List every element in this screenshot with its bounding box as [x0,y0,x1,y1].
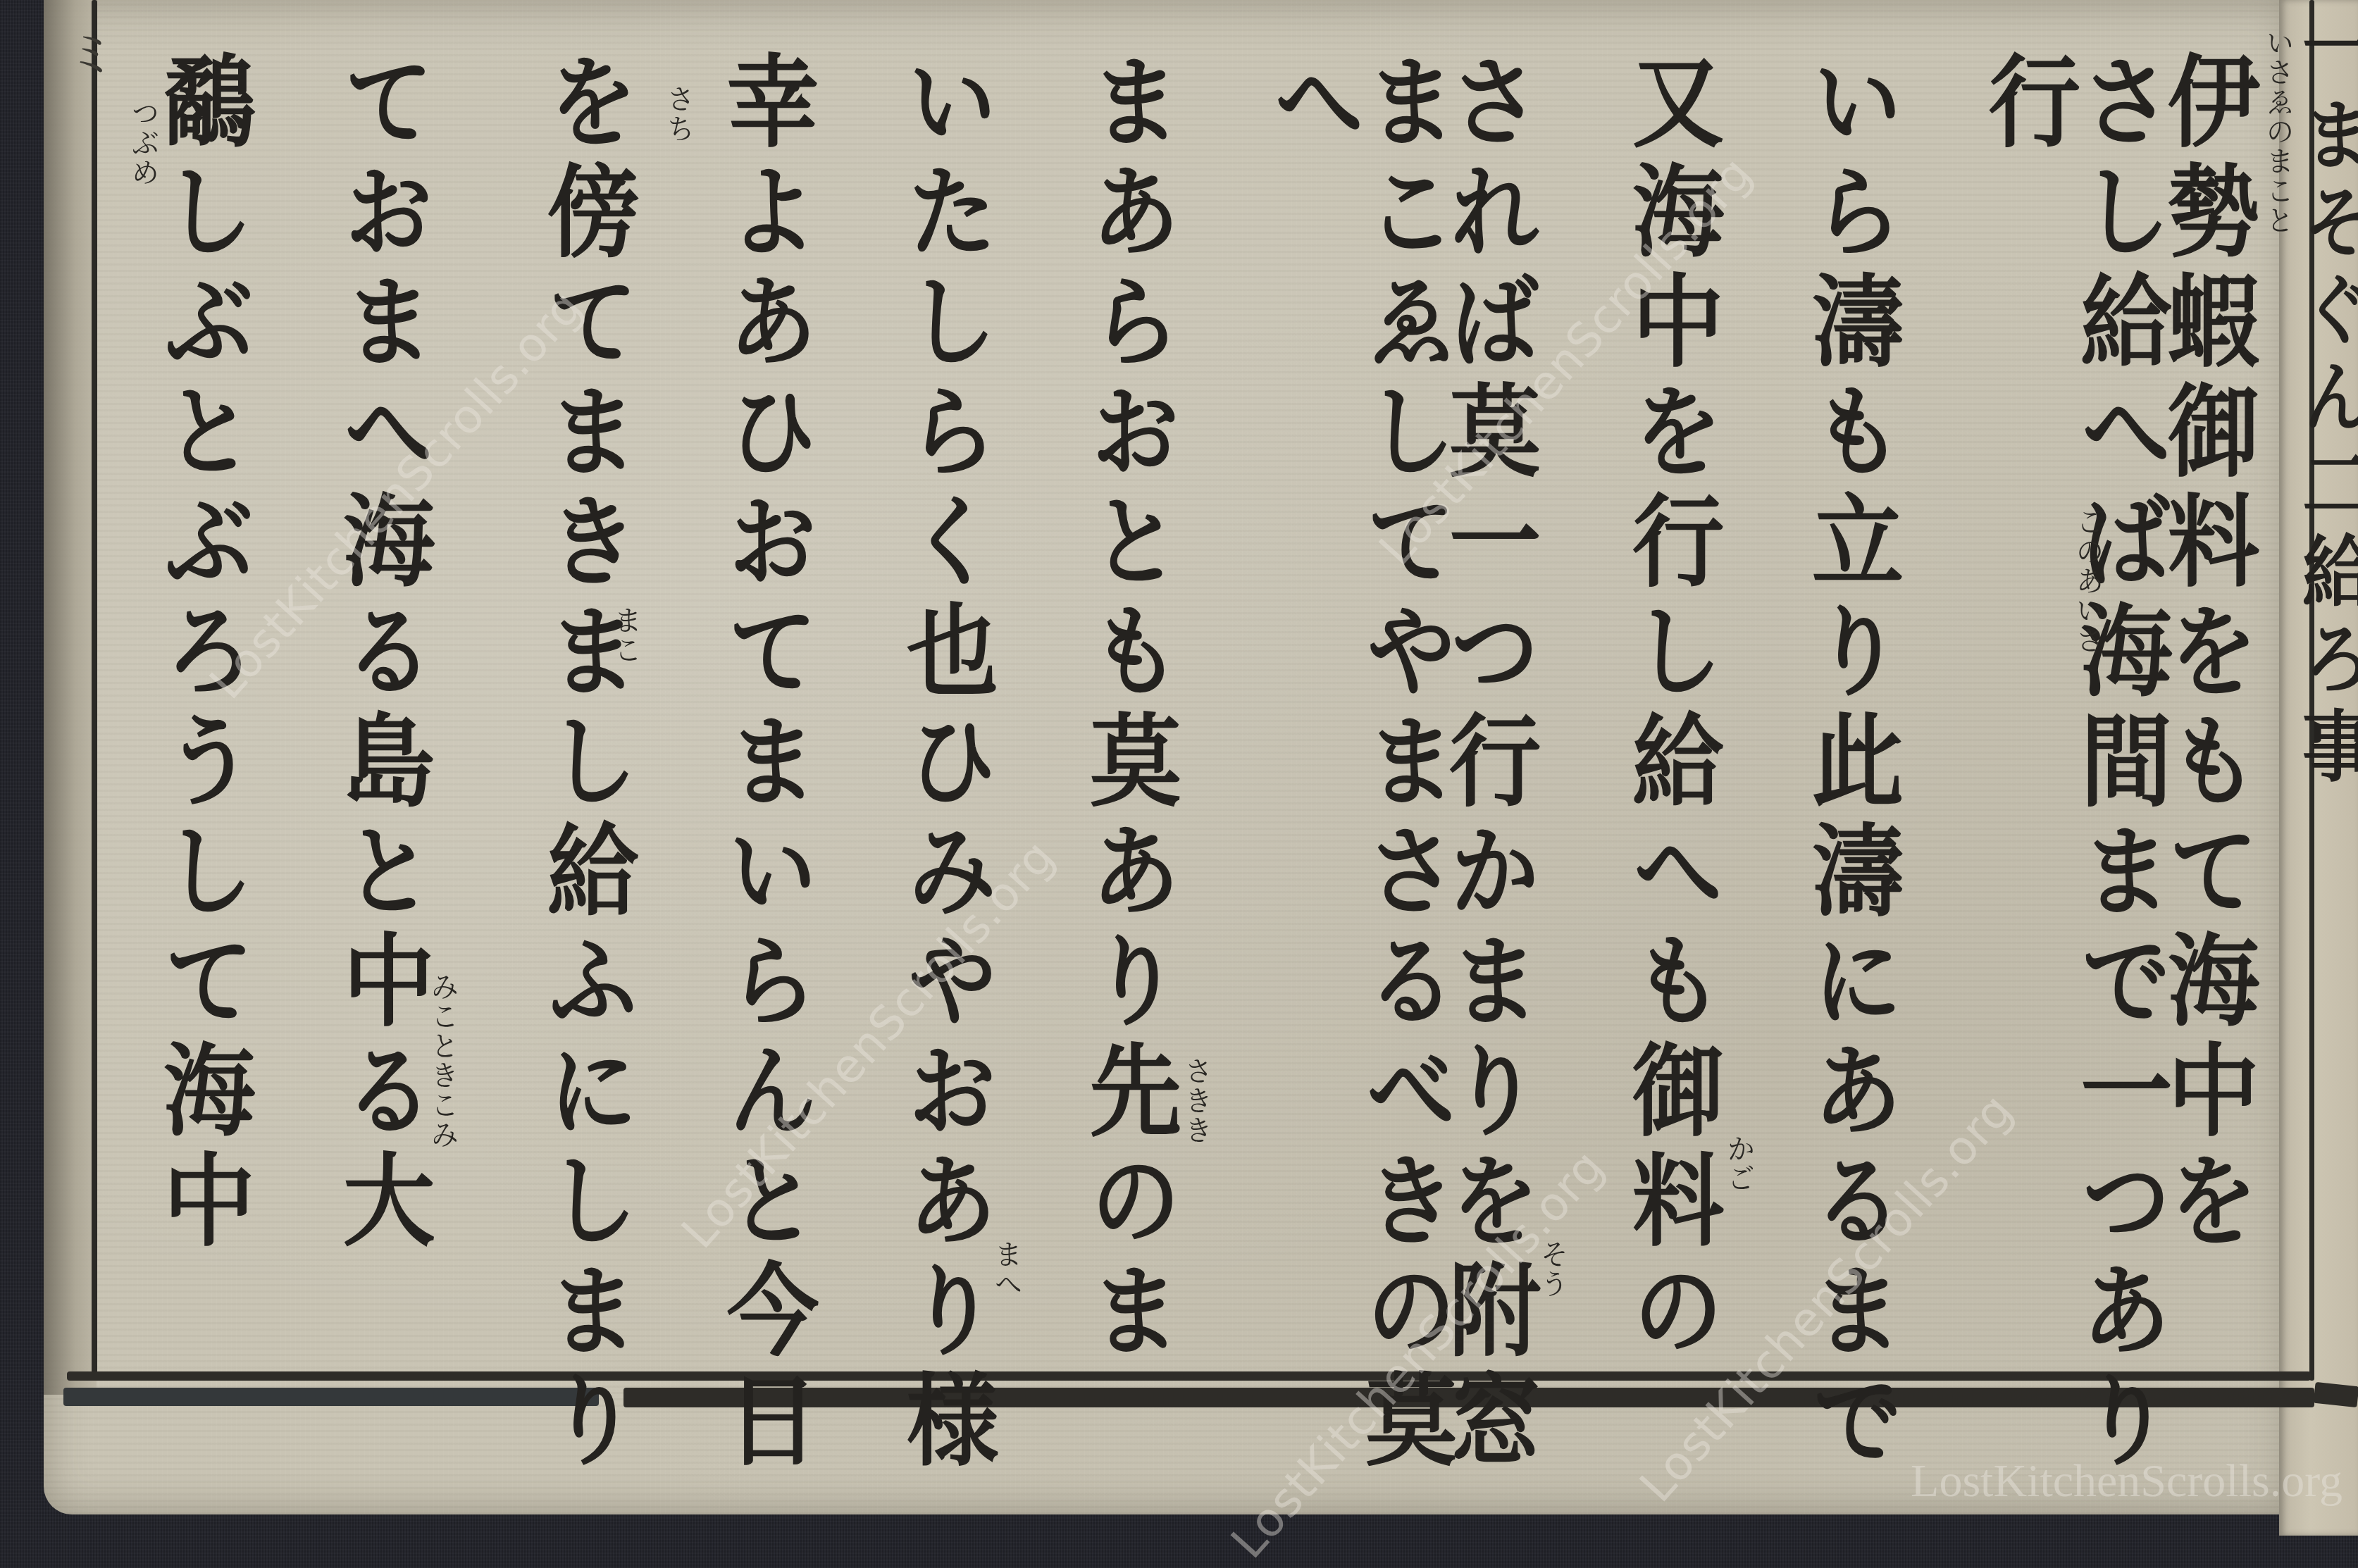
furigana-4: かご [1719,1134,1759,1193]
text-column-1: 伊勢蝦御料をもて海中を [2160,49,2252,1258]
text-column-9: 幸よあひおてまいらんと今日 [719,49,812,1478]
left-frame-border [92,0,97,1381]
side-page-mark: ミ [53,28,124,77]
facing-page-column: 一まそぐん二給ろ事 [2296,7,2358,793]
text-column-11: ておまへ海る島と中る大 [335,49,428,1258]
furigana-12: つぶめ [123,99,163,187]
furigana-11: みこときこみ [423,972,463,1150]
text-column-7: まあらおとも莫あり先のま [1082,49,1174,1368]
bottom-rule-thick-left [63,1388,599,1406]
text-column-2: さし給へば海間まで一つあり行 [1980,49,2164,1568]
text-column-8: いたしらく也ひみやおあり様 [899,49,991,1478]
furigana-2: このあいさ [2068,507,2108,655]
facing-page-rule [2314,1382,2358,1407]
furigana-10: まこ [606,606,646,665]
book-spine-edge [44,0,97,1395]
text-column-10: を傍てまきまし給ふにしまり [540,49,632,1478]
furigana-8: まへ [986,1240,1026,1299]
bottom-rule-thin [67,1371,2311,1381]
watermark-corner: LostKitchenScrolls.org [1911,1455,2343,1508]
furigana-9: さち [659,85,699,144]
furigana-7: さきき [1177,1057,1217,1145]
furigana-1: いさゑのまこと [2258,28,2298,235]
